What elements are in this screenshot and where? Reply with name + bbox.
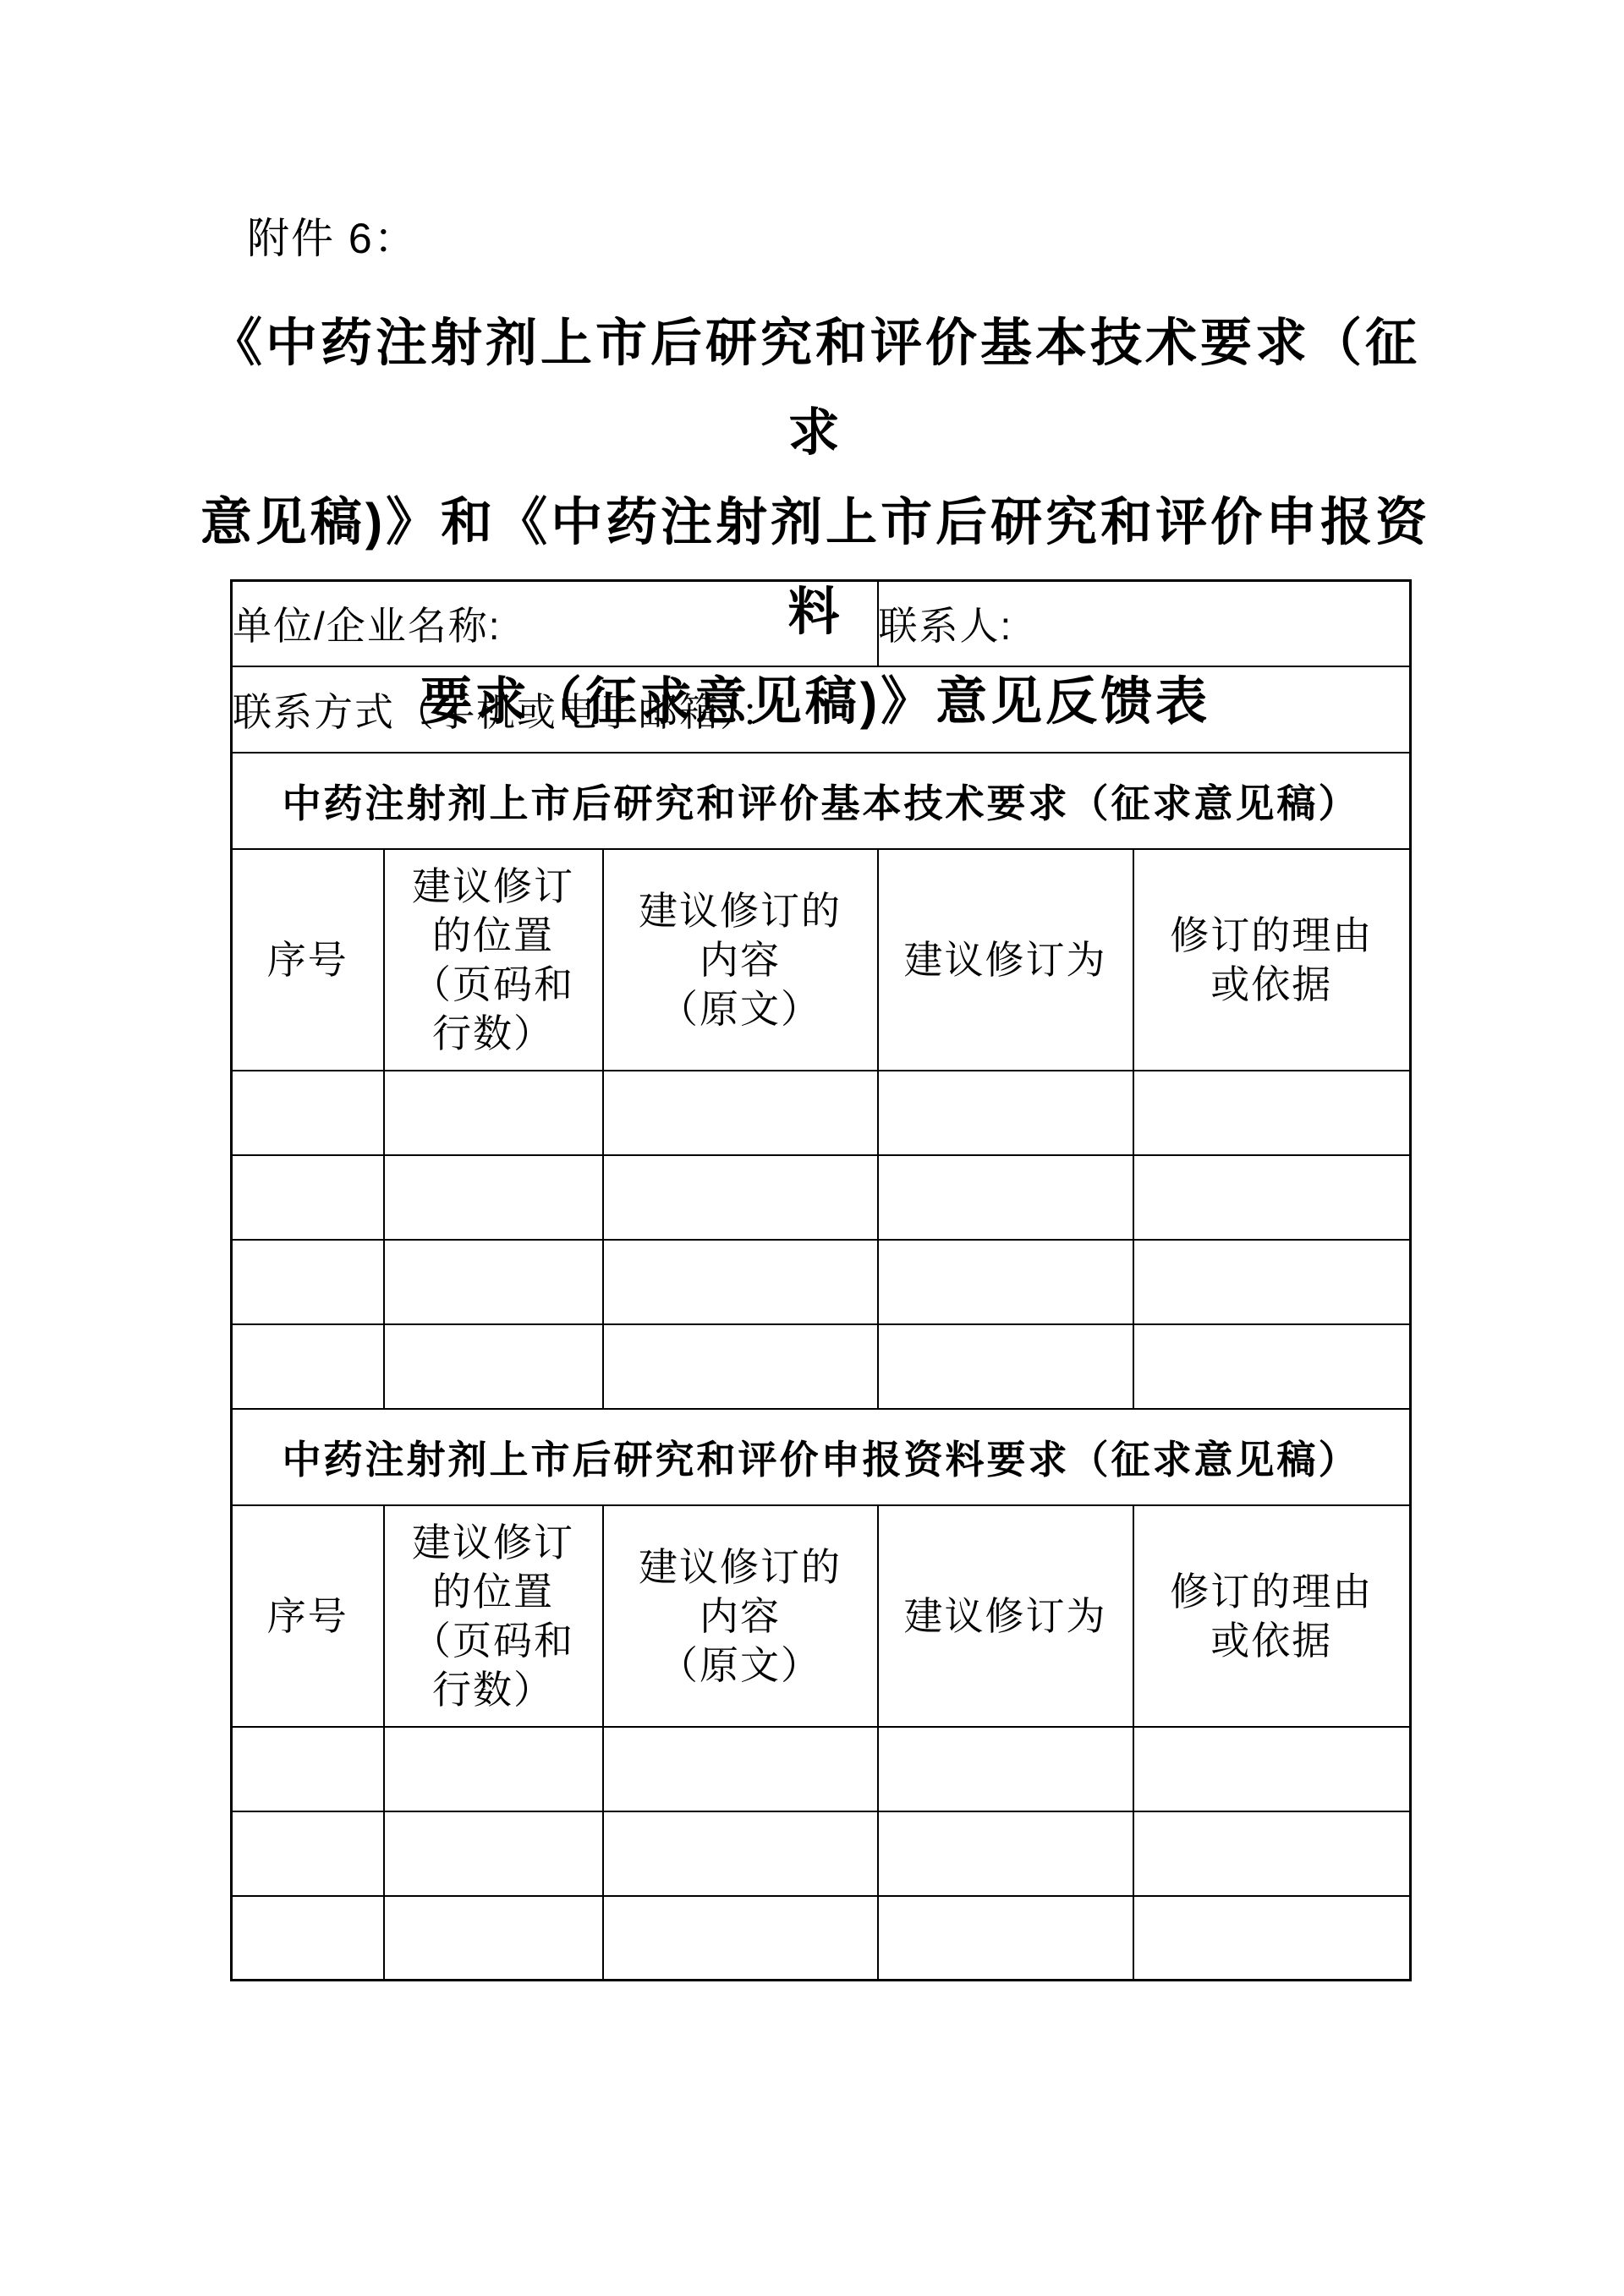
empty-input-cell[interactable] [603, 1240, 878, 1324]
column-header-position: 建议修订 的位置 （页码和 行数） [384, 849, 603, 1071]
section2-empty-row [232, 1727, 1411, 1811]
empty-input-cell[interactable] [232, 1324, 384, 1409]
empty-input-cell[interactable] [878, 1155, 1133, 1240]
table-row-section2-column-headers: 序号 建议修订 的位置 （页码和 行数） 建议修订的 内容 （原文） 建议修订为… [232, 1505, 1411, 1727]
section2-title: 中药注射剂上市后研究和评价申报资料要求（征求意见稿） [232, 1409, 1411, 1505]
table-row-section2-header: 中药注射剂上市后研究和评价申报资料要求（征求意见稿） [232, 1409, 1411, 1505]
empty-input-cell[interactable] [232, 1896, 384, 1981]
table-row-section1-column-headers: 序号 建议修订 的位置 （页码和 行数） 建议修订的 内容 （原文） 建议修订为… [232, 849, 1411, 1071]
contact-info-label: 联系方式（手机或电子邮箱）： [233, 690, 782, 734]
empty-input-cell[interactable] [603, 1811, 878, 1896]
empty-input-cell[interactable] [603, 1155, 878, 1240]
column-header-reason: 修订的理由 或依据 [1133, 1505, 1411, 1727]
empty-input-cell[interactable] [232, 1811, 384, 1896]
column-header-original-content: 建议修订的 内容 （原文） [603, 1505, 878, 1727]
empty-input-cell[interactable] [878, 1240, 1133, 1324]
empty-input-cell[interactable] [384, 1071, 603, 1155]
org-name-field-cell[interactable]: 单位/企业名称: [232, 581, 878, 666]
empty-input-cell[interactable] [1133, 1324, 1411, 1409]
empty-input-cell[interactable] [1133, 1727, 1411, 1811]
empty-input-cell[interactable] [603, 1896, 878, 1981]
empty-input-cell[interactable] [232, 1155, 384, 1240]
section1-empty-row [232, 1071, 1411, 1155]
empty-input-cell[interactable] [878, 1727, 1133, 1811]
column-header-revise-to: 建议修订为 [878, 1505, 1133, 1727]
feedback-form-table: 单位/企业名称: 联系人: 联系方式（手机或电子邮箱）： 中药注射剂上市后研究和… [230, 579, 1412, 1981]
section1-empty-row [232, 1240, 1411, 1324]
org-name-label: 单位/企业名称: [233, 604, 502, 648]
empty-input-cell[interactable] [878, 1896, 1133, 1981]
empty-input-cell[interactable] [1133, 1896, 1411, 1981]
column-header-number: 序号 [232, 849, 384, 1071]
empty-input-cell[interactable] [1133, 1071, 1411, 1155]
column-header-number: 序号 [232, 1505, 384, 1727]
empty-input-cell[interactable] [878, 1071, 1133, 1155]
contact-info-field-cell[interactable]: 联系方式（手机或电子邮箱）： [232, 666, 1411, 753]
empty-input-cell[interactable] [384, 1240, 603, 1324]
empty-input-cell[interactable] [384, 1324, 603, 1409]
empty-input-cell[interactable] [384, 1896, 603, 1981]
empty-input-cell[interactable] [603, 1324, 878, 1409]
empty-input-cell[interactable] [384, 1811, 603, 1896]
empty-input-cell[interactable] [1133, 1811, 1411, 1896]
empty-input-cell[interactable] [384, 1727, 603, 1811]
section1-empty-row [232, 1155, 1411, 1240]
empty-input-cell[interactable] [603, 1727, 878, 1811]
attachment-number-label: 附件 6： [247, 205, 418, 266]
empty-input-cell[interactable] [603, 1071, 878, 1155]
column-header-original-content: 建议修订的 内容 （原文） [603, 849, 878, 1071]
contact-person-label: 联系人: [879, 604, 1013, 648]
section2-empty-row [232, 1811, 1411, 1896]
empty-input-cell[interactable] [1133, 1155, 1411, 1240]
empty-input-cell[interactable] [232, 1071, 384, 1155]
column-header-reason: 修订的理由 或依据 [1133, 849, 1411, 1071]
section2-empty-row [232, 1896, 1411, 1981]
table-row-contact-info: 联系方式（手机或电子邮箱）： [232, 666, 1411, 753]
empty-input-cell[interactable] [878, 1324, 1133, 1409]
table-row-org-contact: 单位/企业名称: 联系人: [232, 581, 1411, 666]
document-page: 附件 6： 《中药注射剂上市后研究和评价基本技术要求（征求 意见稿)》和《中药注… [0, 0, 1624, 2296]
empty-input-cell[interactable] [878, 1811, 1133, 1896]
empty-input-cell[interactable] [232, 1240, 384, 1324]
empty-input-cell[interactable] [384, 1155, 603, 1240]
column-header-position: 建议修订 的位置 （页码和 行数） [384, 1505, 603, 1727]
section1-empty-row [232, 1324, 1411, 1409]
empty-input-cell[interactable] [232, 1727, 384, 1811]
contact-person-field-cell[interactable]: 联系人: [878, 581, 1411, 666]
section1-title: 中药注射剂上市后研究和评价基本技术要求（征求意见稿） [232, 753, 1411, 849]
empty-input-cell[interactable] [1133, 1240, 1411, 1324]
table-row-section1-header: 中药注射剂上市后研究和评价基本技术要求（征求意见稿） [232, 753, 1411, 849]
column-header-revise-to: 建议修订为 [878, 849, 1133, 1071]
